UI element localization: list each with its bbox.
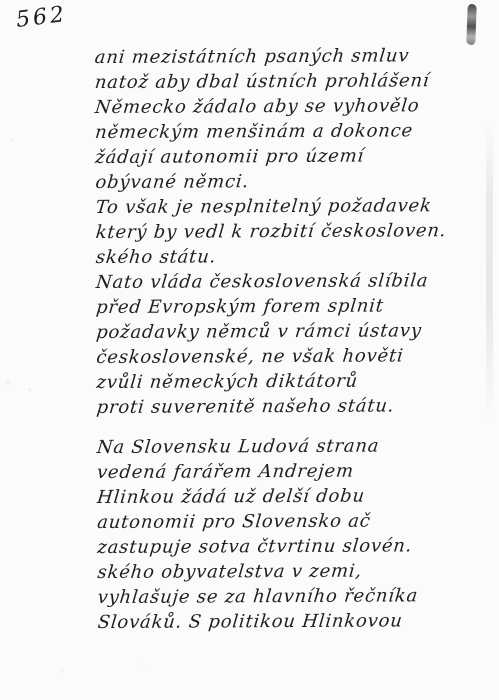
text-line: ani mezistátních psaných smluv bbox=[94, 43, 488, 70]
text-line: Německo žádalo aby se vyhovělo bbox=[94, 93, 488, 120]
handwritten-text-block: ani mezistátních psaných smluv natož aby… bbox=[93, 43, 488, 635]
text-line: československé, ne však hověti bbox=[95, 343, 489, 370]
text-line: obývané němci. bbox=[94, 168, 488, 195]
paragraph-unfulfillable-demand: To však je nesplnitelný požadavek který … bbox=[94, 193, 486, 270]
text-line: německým menšinám a dokonce bbox=[94, 118, 488, 145]
paragraph-slovakia-hlinka: Na Slovensku Ludová strana vedená faráře… bbox=[96, 433, 489, 635]
ink-smudge-mark bbox=[466, 4, 476, 45]
text-line: Na Slovensku Ludová strana bbox=[96, 433, 490, 460]
page-number: 562 bbox=[15, 2, 69, 33]
paragraph-government-promise: Nato vláda československá slíbila před E… bbox=[95, 268, 488, 420]
text-line: vyhlašuje se za hlavního řečníka bbox=[96, 583, 490, 610]
text-line: ského obyvatelstva v zemi, bbox=[96, 558, 490, 585]
text-line: zastupuje sotva čtvrtinu slovén. bbox=[96, 533, 490, 560]
text-line: Slováků. S politikou Hlinkovou bbox=[97, 608, 491, 635]
text-line: který by vedl k rozbití českosloven. bbox=[95, 218, 489, 245]
scanned-manuscript-page: 562 ani mezistátních psaných smluv natož… bbox=[0, 0, 499, 700]
text-line: žádají autonomii pro území bbox=[94, 143, 488, 170]
text-line: Hlinkou žádá už delší dobu bbox=[96, 483, 490, 510]
text-line: autonomii pro Slovensko ač bbox=[96, 508, 490, 535]
text-line: zvůli německých diktátorů bbox=[95, 368, 489, 395]
text-line: Nato vláda československá slíbila bbox=[95, 268, 489, 295]
text-line: vedená farářem Andrejem bbox=[96, 458, 490, 485]
text-line: To však je nesplnitelný požadavek bbox=[94, 193, 488, 220]
text-line: proti suverenitě našeho státu. bbox=[95, 393, 489, 420]
text-line: natož aby dbal ústních prohlášení bbox=[94, 68, 488, 95]
text-line: požadavky němců v rámci ústavy bbox=[95, 318, 489, 345]
paragraph-germany-demands: ani mezistátních psaných smluv natož aby… bbox=[93, 43, 486, 195]
text-line: ského státu. bbox=[95, 243, 489, 270]
text-line: před Evropským forem splnit bbox=[95, 293, 489, 320]
